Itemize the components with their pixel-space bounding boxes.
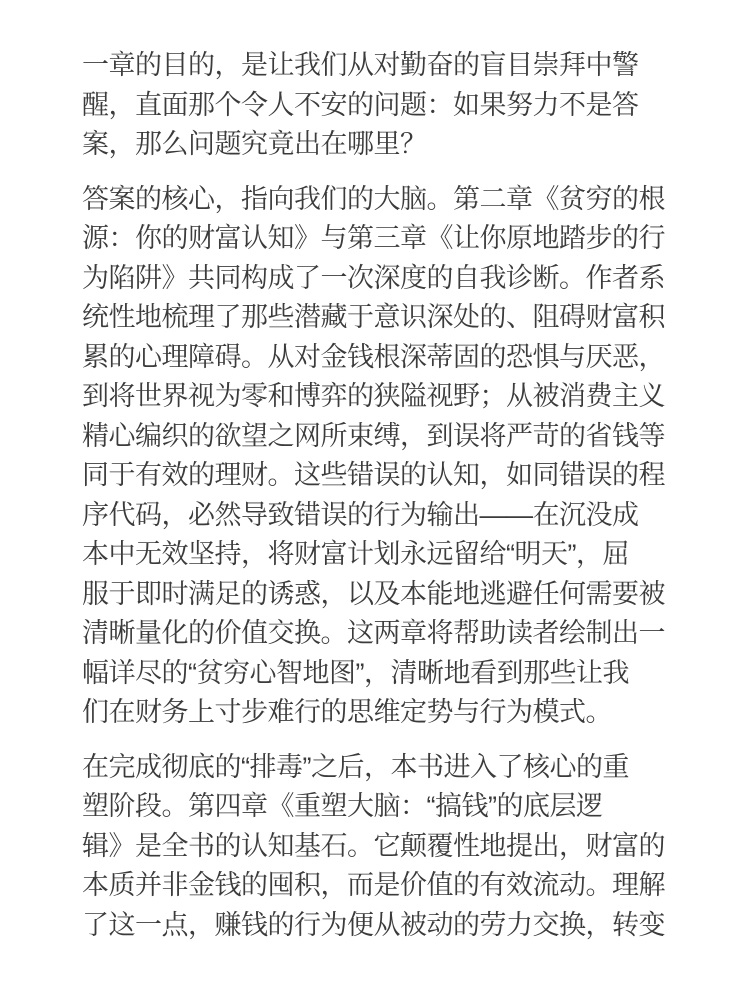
text-line: 幅详尽的“贫穷心智地图”，清晰地看到那些让我 <box>82 654 750 694</box>
text-line: 案，那么问题究竟出在哪里？ <box>82 125 750 165</box>
text-line: 在完成彻底的“排毒”之后，本书进入了核心的重 <box>82 748 750 788</box>
text-line: 一章的目的，是让我们从对勤奋的盲目崇拜中警 <box>82 46 750 86</box>
text-line: 服于即时满足的诱惑，以及本能地逃避任何需要被 <box>82 575 750 615</box>
text-line: 精心编织的欲望之网所束缚，到误将严苛的省钱等 <box>82 417 750 457</box>
text-line: 为陷阱》共同构成了一次深度的自我诊断。作者系 <box>82 259 750 299</box>
text-line: 醒，直面那个令人不安的问题：如果努力不是答 <box>82 86 750 126</box>
text-line: 序代码，必然导致错误的行为输出——在沉没成 <box>82 496 750 536</box>
text-line: 累的心理障碍。从对金钱根深蒂固的恐惧与厌恶， <box>82 338 750 378</box>
text-line: 同于有效的理财。这些错误的认知，如同错误的程 <box>82 456 750 496</box>
text-line: 源：你的财富认知》与第三章《让你原地踏步的行 <box>82 219 750 259</box>
text-line: 本中无效坚持，将财富计划永远留给“明天”，屈 <box>82 535 750 575</box>
text-line: 答案的核心，指向我们的大脑。第二章《贫穷的根 <box>82 180 750 220</box>
paragraph-3: 在完成彻底的“排毒”之后，本书进入了核心的重 塑阶段。第四章《重塑大脑：“搞钱”… <box>82 748 750 946</box>
text-line: 清晰量化的价值交换。这两章将帮助读者绘制出一 <box>82 614 750 654</box>
text-line: 辑》是全书的认知基石。它颠覆性地提出，财富的 <box>82 827 750 867</box>
text-line: 们在财务上寸步难行的思维定势与行为模式。 <box>82 693 750 733</box>
text-line: 到将世界视为零和博弈的狭隘视野；从被消费主义 <box>82 377 750 417</box>
paragraph-2: 答案的核心，指向我们的大脑。第二章《贫穷的根 源：你的财富认知》与第三章《让你原… <box>82 180 750 733</box>
document-content: 一章的目的，是让我们从对勤奋的盲目崇拜中警 醒，直面那个令人不安的问题：如果努力… <box>0 0 750 945</box>
text-line: 塑阶段。第四章《重塑大脑：“搞钱”的底层逻 <box>82 787 750 827</box>
text-line: 本质并非金钱的囤积，而是价值的有效流动。理解 <box>82 866 750 906</box>
paragraph-1: 一章的目的，是让我们从对勤奋的盲目崇拜中警 醒，直面那个令人不安的问题：如果努力… <box>82 46 750 165</box>
text-line: 统性地梳理了那些潜藏于意识深处的、阻碍财富积 <box>82 298 750 338</box>
document-page: 一章的目的，是让我们从对勤奋的盲目崇拜中警 醒，直面那个令人不安的问题：如果努力… <box>0 0 750 1000</box>
text-line: 了这一点，赚钱的行为便从被动的劳力交换，转变 <box>82 906 750 946</box>
